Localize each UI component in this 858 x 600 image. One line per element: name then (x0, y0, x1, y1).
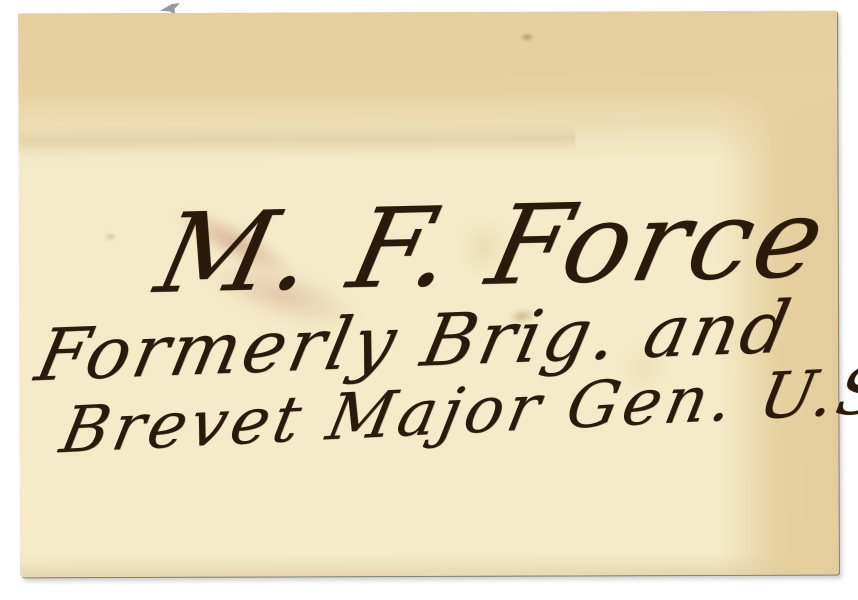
age-stain (105, 232, 117, 241)
scanned-card-photo: M. F. Force Formerly Brig. and Brevet Ma… (0, 0, 858, 600)
age-stain (520, 33, 534, 42)
autograph-card: M. F. Force Formerly Brig. and Brevet Ma… (18, 11, 839, 578)
